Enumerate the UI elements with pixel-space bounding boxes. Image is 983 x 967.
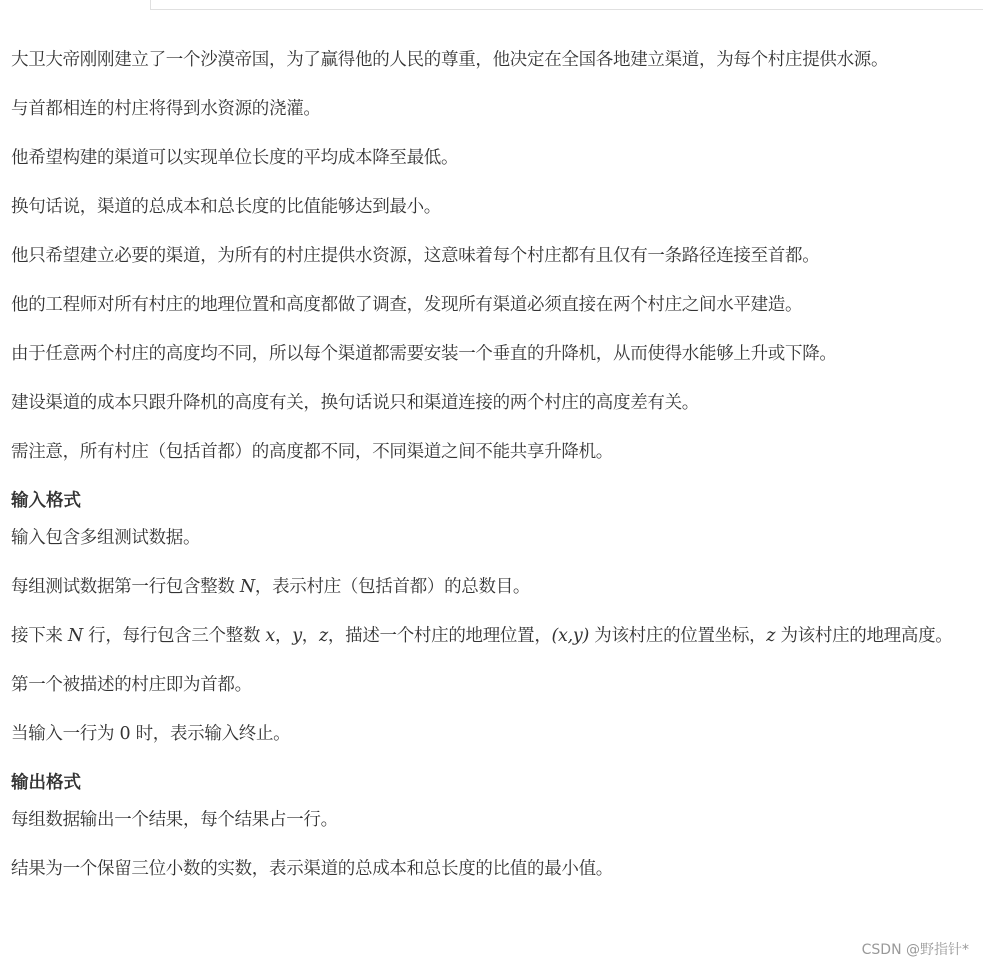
intro-paragraph-9: 需注意，所有村庄（包括首都）的高度都不同，不同渠道之间不能共享升降机。 [11,438,969,467]
input-paragraph-5: 当输入一行为 0 时，表示输入终止。 [11,720,969,749]
csdn-watermark: CSDN @野指针* [862,939,969,959]
intro-paragraph-8: 建设渠道的成本只跟升降机的高度有关，换句话说只和渠道连接的两个村庄的高度差有关。 [11,389,969,418]
input-paragraph-4: 第一个被描述的村庄即为首都。 [11,671,969,700]
intro-paragraph-5: 他只希望建立必要的渠道，为所有的村庄提供水资源，这意味着每个村庄都有且仅有一条路… [11,242,969,271]
intro-paragraph-1: 大卫大帝刚刚建立了一个沙漠帝国，为了赢得他的人民的尊重，他决定在全国各地建立渠道… [11,46,969,75]
output-paragraph-2: 结果为一个保留三位小数的实数，表示渠道的总成本和总长度的比值的最小值。 [11,855,969,884]
intro-paragraph-3: 他希望构建的渠道可以实现单位长度的平均成本降至最低。 [11,144,969,173]
input-paragraph-3: 接下来 N 行，每行包含三个整数 x，y，z，描述一个村庄的地理位置，(x,y)… [11,622,969,651]
output-format-heading: 输出格式 [11,769,969,798]
intro-paragraph-7: 由于任意两个村庄的高度均不同，所以每个渠道都需要安装一个垂直的升降机，从而使得水… [11,340,969,369]
output-paragraph-1: 每组数据输出一个结果，每个结果占一行。 [11,806,969,835]
intro-paragraph-4: 换句话说，渠道的总成本和总长度的比值能够达到最小。 [11,193,969,222]
top-input-box [150,0,983,10]
input-paragraph-1: 输入包含多组测试数据。 [11,524,969,553]
input-paragraph-2: 每组测试数据第一行包含整数 N，表示村庄（包括首都）的总数目。 [11,573,969,602]
input-format-heading: 输入格式 [11,487,969,516]
intro-paragraph-6: 他的工程师对所有村庄的地理位置和高度都做了调查，发现所有渠道必须直接在两个村庄之… [11,291,969,320]
problem-description: 大卫大帝刚刚建立了一个沙漠帝国，为了赢得他的人民的尊重，他决定在全国各地建立渠道… [11,46,969,904]
math-N: N [240,577,255,597]
intro-paragraph-2: 与首都相连的村庄将得到水资源的浇灌。 [11,95,969,124]
